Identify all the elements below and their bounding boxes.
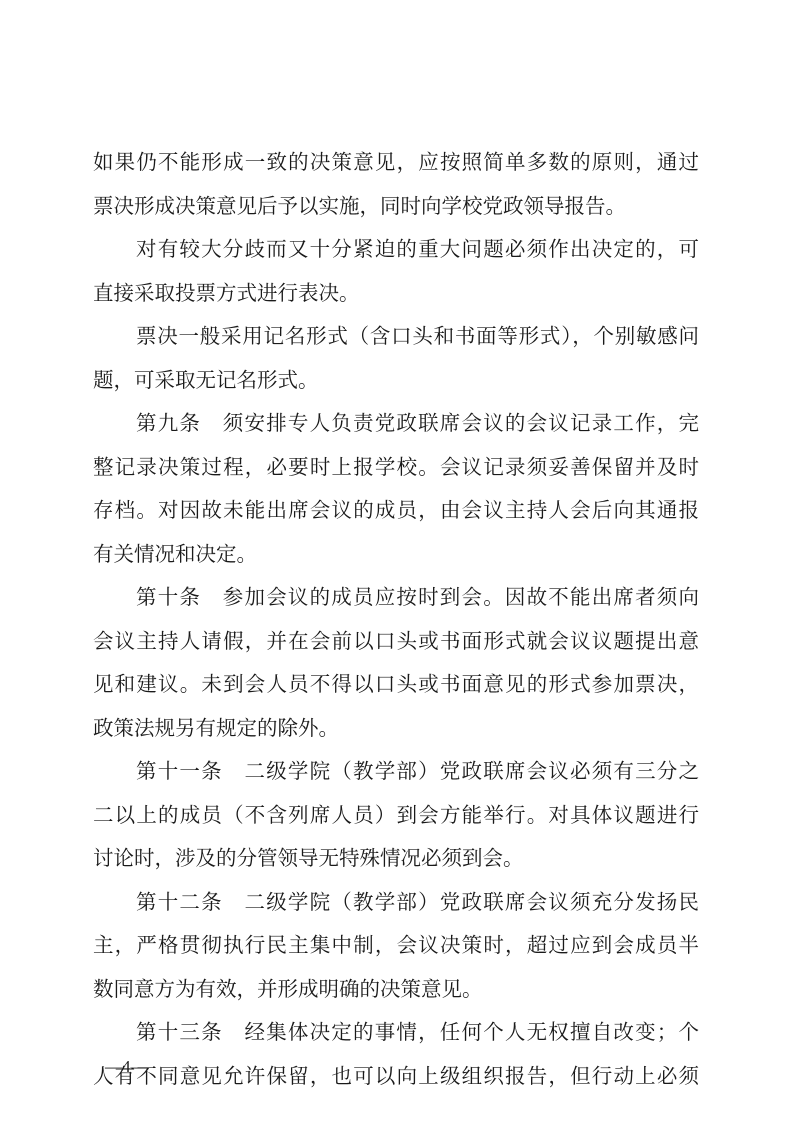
text-line: 存档。对因故未能出席会议的成员，由会议主持人会后向其通报	[93, 495, 699, 525]
article-10-heading-line: 第十条 参加会议的成员应按时到会。因故不能出席者须向	[136, 582, 699, 612]
text-line: 票决形成决策意见后予以实施，同时向学校党政领导报告。	[93, 191, 699, 221]
text-line: 如果仍不能形成一致的决策意见，应按照简单多数的原则，通过	[93, 147, 699, 177]
text-line: 政策法规另有规定的除外。	[93, 713, 699, 743]
page-number: —4—	[105, 1055, 148, 1079]
text-line: 讨论时，涉及的分管领导无特殊情况必须到会。	[93, 843, 699, 873]
text-line: 见和建议。未到会人员不得以口头或书面意见的形式参加票决，	[93, 669, 699, 699]
paragraph-start-line: 对有较大分歧而又十分紧迫的重大问题必须作出决定的，可	[136, 234, 699, 264]
text-line: 会议主持人请假，并在会前以口头或书面形式就会议议题提出意	[93, 626, 699, 656]
paragraph-start-line: 票决一般采用记名形式（含口头和书面等形式），个别敏感问	[136, 321, 699, 351]
text-line: 二以上的成员（不含列席人员）到会方能举行。对具体议题进行	[93, 800, 699, 830]
text-line: 直接采取投票方式进行表决。	[93, 278, 699, 308]
article-11-heading-line: 第十一条 二级学院（教学部）党政联席会议必须有三分之	[136, 756, 699, 786]
text-line: 题，可采取无记名形式。	[93, 365, 699, 395]
text-line: 整记录决策过程，必要时上报学校。会议记录须妥善保留并及时	[93, 452, 699, 482]
text-line: 数同意方为有效，并形成明确的决策意见。	[93, 974, 699, 1004]
document-page: 如果仍不能形成一致的决策意见，应按照简单多数的原则，通过 票决形成决策意见后予以…	[0, 0, 793, 1122]
article-12-heading-line: 第十二条 二级学院（教学部）党政联席会议须充分发扬民	[136, 887, 699, 917]
text-line: 有关情况和决定。	[93, 539, 699, 569]
article-13-heading-line: 第十三条 经集体决定的事情，任何个人无权擅自改变；个	[136, 1017, 699, 1047]
article-9-heading-line: 第九条 须安排专人负责党政联席会议的会议记录工作，完	[136, 408, 699, 438]
text-line: 人有不同意见允许保留，也可以向上级组织报告，但行动上必须	[93, 1061, 699, 1091]
text-line: 主，严格贯彻执行民主集中制，会议决策时，超过应到会成员半	[93, 930, 699, 960]
